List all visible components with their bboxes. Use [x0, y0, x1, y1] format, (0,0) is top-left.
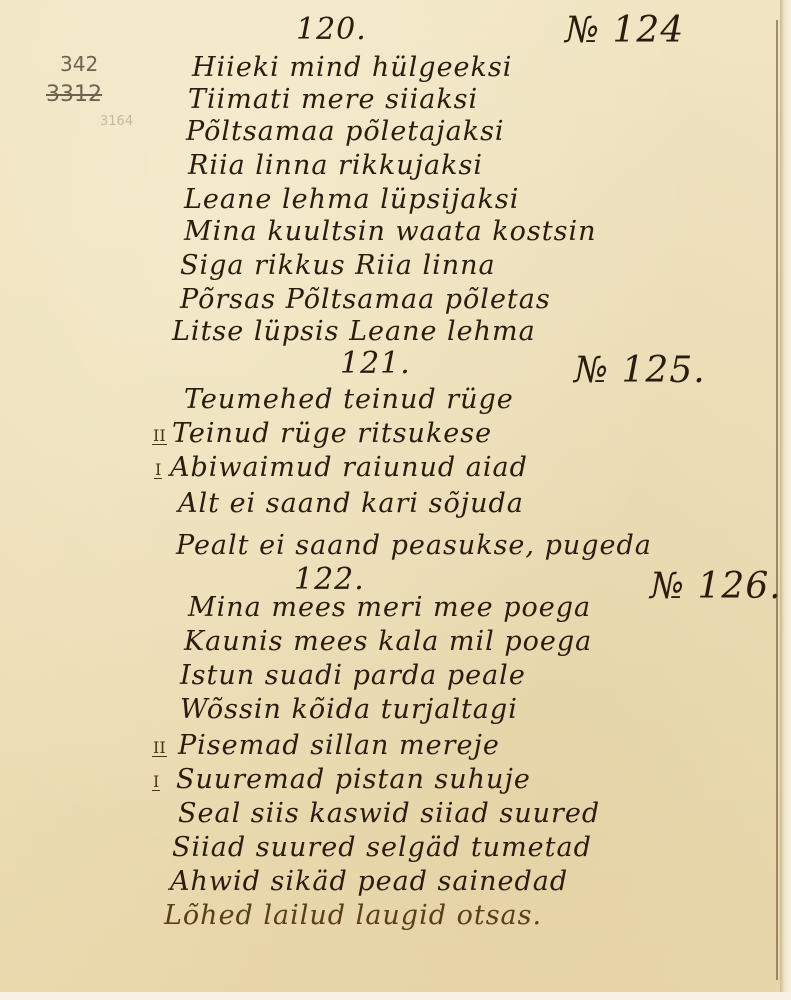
- verse-line: Teinud rüge ritsukese: [172, 418, 492, 449]
- verse-line: Wõssin kõida turjaltagi: [180, 694, 518, 725]
- verse-line: Abiwaimud raiunud aiad: [170, 452, 528, 483]
- verse-line: Mina kuultsin waata kostsin: [184, 216, 596, 247]
- repeat-marker: I: [154, 462, 162, 479]
- verse-line: Pealt ei saand peasukse, pugeda: [176, 530, 652, 561]
- catalog-number: № 124: [565, 10, 684, 51]
- archive-number: 342: [60, 52, 98, 76]
- catalog-number: № 126.: [650, 566, 782, 607]
- faint-stamp: 3164: [100, 114, 133, 129]
- verse-line: Litse lüpsis Leane lehma: [172, 316, 536, 347]
- verse-line: Seal siis kaswid siiad suured: [178, 798, 600, 829]
- verse-line: Põltsamaa põletajaksi: [186, 116, 505, 147]
- song-number: 121.: [340, 346, 411, 381]
- verse-line: Riia linna rikkujaksi: [188, 150, 483, 181]
- repeat-marker: II: [152, 428, 167, 445]
- page-edge: [780, 0, 791, 1000]
- verse-line: Alt ei saand kari sõjuda: [178, 488, 524, 519]
- verse-line: Lõhed lailud laugid otsas.: [164, 900, 542, 931]
- song-number: 120.: [296, 12, 367, 47]
- verse-line: Hiieki mind hülgeeksi: [192, 52, 512, 83]
- verse-line: Pisemad sillan mereje: [178, 730, 500, 761]
- verse-line: Ahwid sikäd pead sainedad: [170, 866, 568, 897]
- catalog-number: № 125.: [574, 350, 706, 391]
- verse-line: Leane lehma lüpsijaksi: [184, 184, 519, 215]
- verse-line: Siga rikkus Riia linna: [180, 250, 496, 281]
- verse-line: Istun suadi parda peale: [180, 660, 526, 691]
- verse-line: Teumehed teinud rüge: [184, 384, 514, 415]
- repeat-marker: I: [152, 774, 160, 791]
- repeat-marker: II: [152, 740, 167, 757]
- verse-line: Põrsas Põltsamaa põletas: [180, 284, 551, 315]
- struck-archive-number: 3312: [46, 82, 102, 107]
- page-bottom-edge: [0, 992, 791, 1000]
- manuscript-page: 342 3312 3164 120. № 124 Hiieki mind hül…: [0, 0, 780, 992]
- verse-line: Siiad suured selgäd tumetad: [172, 832, 592, 863]
- verse-line: Suuremad pistan suhuje: [176, 764, 531, 795]
- binding-edge: [776, 20, 778, 980]
- verse-line: Mina mees meri mee poega: [188, 592, 591, 623]
- verse-line: Kaunis mees kala mil poega: [184, 626, 592, 657]
- verse-line: Tiimati mere siiaksi: [188, 84, 478, 115]
